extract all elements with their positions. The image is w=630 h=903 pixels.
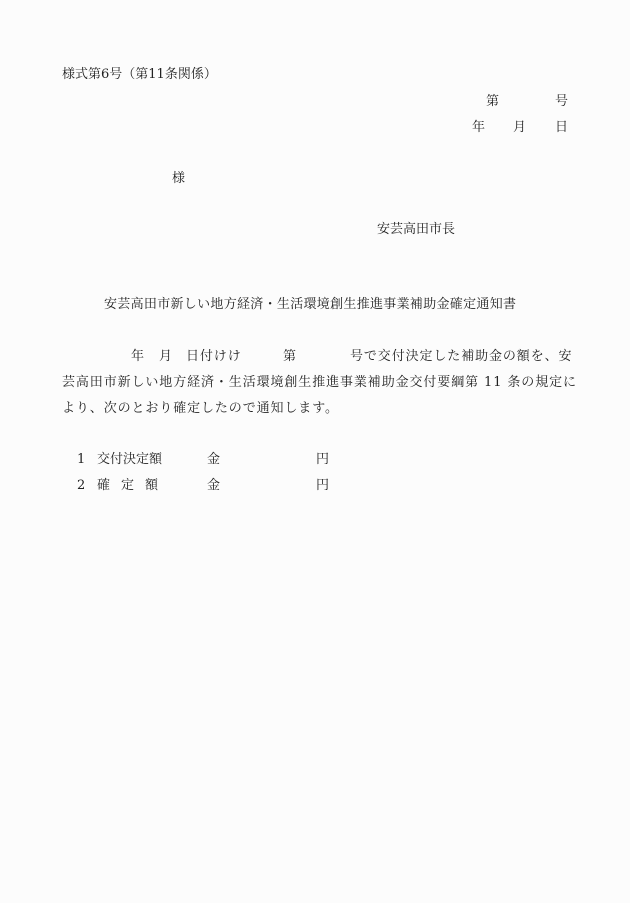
body-line-3-text: より、次のとおり確定したので通知します。: [62, 402, 339, 415]
amount-suffix: 円: [316, 453, 329, 466]
amount-prefix: 金: [207, 479, 220, 492]
item-number: 2: [77, 479, 85, 492]
document-title: 安芸高田市新しい地方経済・生活環境創生推進事業補助金確定通知書: [104, 298, 516, 311]
amount-suffix: 円: [316, 479, 329, 492]
item-label: 確定額: [97, 479, 169, 492]
document-number-prefix: 第: [486, 95, 499, 108]
amount-prefix: 金: [207, 453, 220, 466]
issuer-name: 安芸高田市長: [377, 223, 455, 236]
body-date-year: 年: [131, 350, 145, 363]
body-line-2-text: 芸高田市新しい地方経済・生活環境創生推進事業補助金交付要綱第 11 条の規定に: [62, 376, 577, 389]
body-date-month: 月: [159, 350, 173, 363]
body-date-day: 日付けけ: [186, 350, 242, 363]
date-day-label: 日: [555, 121, 568, 134]
item-label: 交付決定額: [97, 453, 162, 466]
addressee-honorific: 様: [172, 172, 185, 185]
date-year-label: 年: [472, 121, 485, 134]
document-number-suffix: 号: [555, 95, 568, 108]
body-line-1-text: 号で交付決定した補助金の額を、安: [350, 350, 572, 363]
item-number: 1: [77, 453, 85, 466]
body-number-prefix: 第: [283, 350, 297, 363]
form-label: 様式第6号（第11条関係）: [62, 68, 217, 81]
date-month-label: 月: [513, 121, 526, 134]
